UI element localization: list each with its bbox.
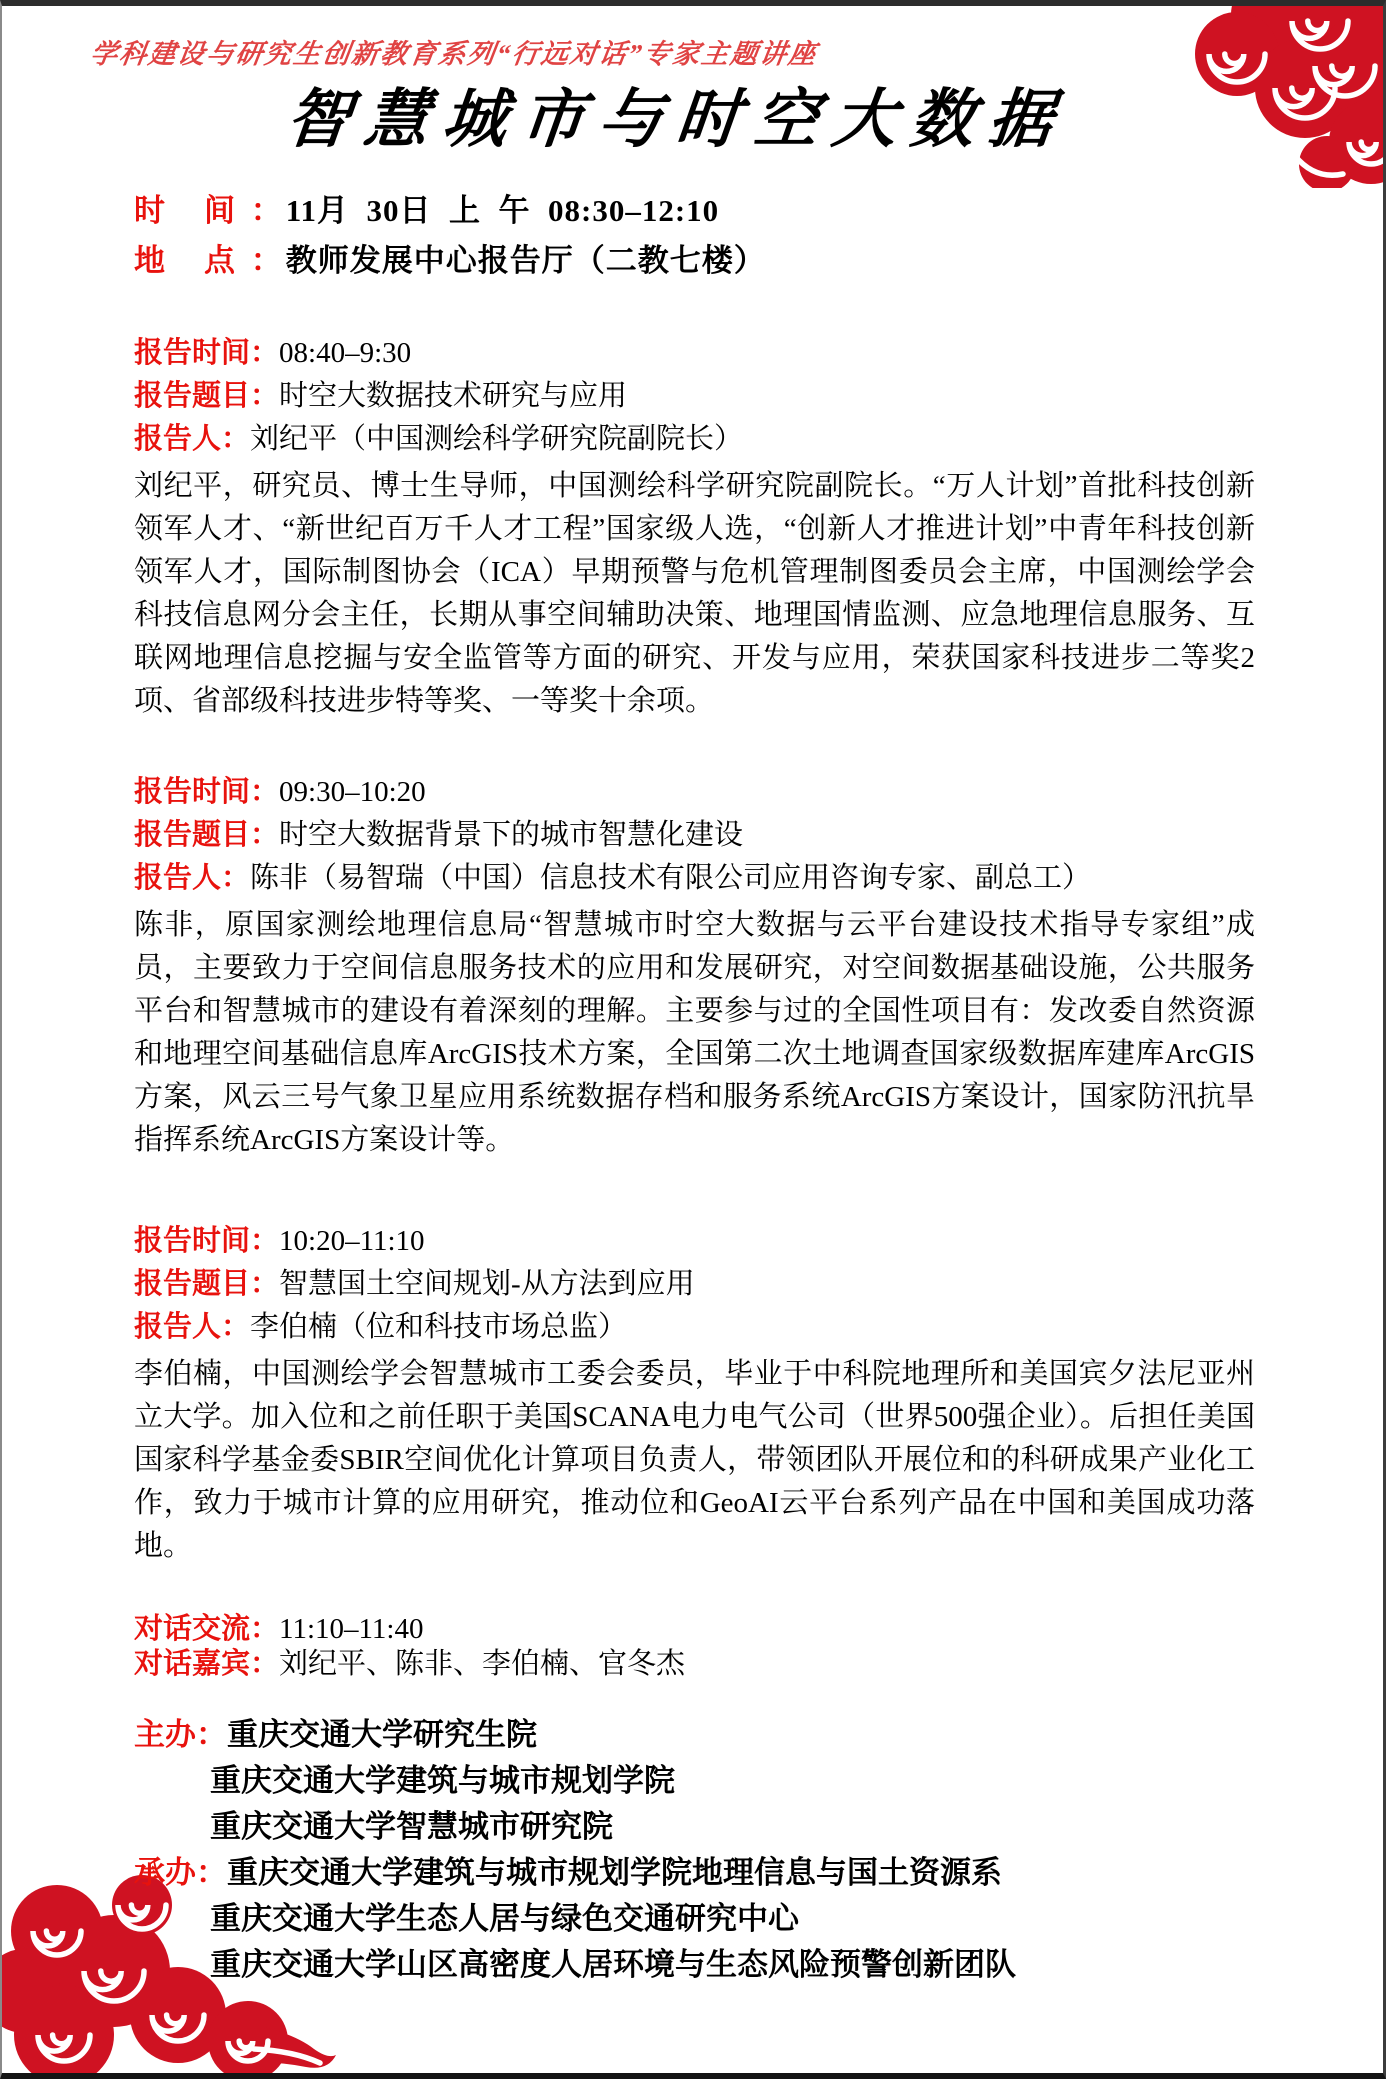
- talk-title-label: 报告题目：: [134, 819, 279, 851]
- talk-time-row: 报告时间：08:40–9:30: [134, 332, 1255, 375]
- dialogue-time-label: 对话交流：: [134, 1613, 279, 1645]
- event-info: 时 间 ：11月 30日 上 午 08:30–12:10 地 点 ：教师发展中心…: [134, 186, 1255, 286]
- host-name: 重庆交通大学智慧城市研究院: [210, 1809, 613, 1844]
- talk-section-2: 报告时间：09:30–10:20 报告题目：时空大数据背景下的城市智慧化建设 报…: [134, 771, 1255, 1162]
- talk-title-label: 报告题目：: [134, 380, 279, 412]
- undertaker-name: 重庆交通大学建筑与城市规划学院地理信息与国土资源系: [227, 1855, 1002, 1890]
- event-venue-row: 地 点 ：教师发展中心报告厅（二教七楼）: [134, 236, 1255, 286]
- dialogue-guests-label: 对话嘉宾：: [134, 1648, 279, 1680]
- undertaker-row: 重庆交通大学生态人居与绿色交通研究中心: [134, 1896, 1255, 1942]
- talk-speaker-value: 刘纪平（中国测绘科学研究院副院长）: [250, 423, 743, 455]
- undertaker-row: 承办：重庆交通大学建筑与城市规划学院地理信息与国土资源系: [134, 1850, 1255, 1896]
- talk-speaker-label: 报告人：: [134, 423, 250, 455]
- event-venue-value: 教师发展中心报告厅（二教七楼）: [286, 243, 766, 278]
- talk-speaker-row: 报告人：陈非（易智瑞（中国）信息技术有限公司应用咨询专家、副总工）: [134, 857, 1255, 900]
- talk-title-row: 报告题目：时空大数据背景下的城市智慧化建设: [134, 814, 1255, 857]
- dialogue-guests-value: 刘纪平、陈非、李伯楠、官冬杰: [279, 1648, 685, 1680]
- host-row: 主办：重庆交通大学研究生院: [134, 1712, 1255, 1758]
- talk-section-1: 报告时间：08:40–9:30 报告题目：时空大数据技术研究与应用 报告人：刘纪…: [134, 332, 1255, 723]
- host-name: 重庆交通大学研究生院: [227, 1717, 537, 1752]
- talk-time-label: 报告时间：: [134, 776, 279, 808]
- talk-speaker-label: 报告人：: [134, 862, 250, 894]
- talk-time-label: 报告时间：: [134, 1225, 279, 1257]
- undertaker-name: 重庆交通大学生态人居与绿色交通研究中心: [210, 1901, 799, 1936]
- talk-time-value: 08:40–9:30: [279, 337, 411, 369]
- lecture-poster: 学科建设与研究生创新教育系列“行远对话”专家主题讲座 智慧城市与时空大数据 时 …: [0, 0, 1386, 2079]
- talk-speaker-label: 报告人：: [134, 1311, 250, 1343]
- event-venue-label: 地 点 ：: [134, 243, 286, 278]
- undertaker-row: 重庆交通大学山区高密度人居环境与生态风险预警创新团队: [134, 1942, 1255, 1988]
- talk-time-row: 报告时间：09:30–10:20: [134, 771, 1255, 814]
- talk-speaker-value: 李伯楠（位和科技市场总监）: [250, 1311, 627, 1343]
- event-time-row: 时 间 ：11月 30日 上 午 08:30–12:10: [134, 186, 1255, 236]
- dialogue-time-row: 对话交流：11:10–11:40: [134, 1612, 1255, 1647]
- series-title: 学科建设与研究生创新教育系列“行远对话”专家主题讲座: [88, 36, 1260, 72]
- dialogue-section: 对话交流：11:10–11:40 对话嘉宾：刘纪平、陈非、李伯楠、官冬杰: [134, 1612, 1255, 1682]
- talk-speaker-value: 陈非（易智瑞（中国）信息技术有限公司应用咨询专家、副总工）: [250, 862, 1091, 894]
- dialogue-time-value: 11:10–11:40: [279, 1613, 423, 1645]
- organizers-section: 主办：重庆交通大学研究生院 重庆交通大学建筑与城市规划学院 重庆交通大学智慧城市…: [134, 1712, 1255, 1988]
- host-label: 主办：: [134, 1712, 227, 1758]
- undertaker-label: 承办：: [134, 1850, 227, 1896]
- speaker-bio: 陈非，原国家测绘地理信息局“智慧城市时空大数据与云平台建设技术指导专家组”成员，…: [134, 904, 1255, 1162]
- talk-title-value: 时空大数据技术研究与应用: [279, 380, 627, 412]
- talk-speaker-row: 报告人：刘纪平（中国测绘科学研究院副院长）: [134, 418, 1255, 461]
- talk-time-value: 10:20–11:10: [279, 1225, 425, 1257]
- talk-title-row: 报告题目：智慧国土空间规划-从方法到应用: [134, 1263, 1255, 1306]
- talk-title-value: 智慧国土空间规划-从方法到应用: [279, 1268, 695, 1300]
- host-row: 重庆交通大学建筑与城市规划学院: [134, 1758, 1255, 1804]
- dialogue-guests-row: 对话嘉宾：刘纪平、陈非、李伯楠、官冬杰: [134, 1647, 1255, 1682]
- talk-title-value: 时空大数据背景下的城市智慧化建设: [279, 819, 743, 851]
- speaker-bio: 李伯楠，中国测绘学会智慧城市工委会委员，毕业于中科院地理所和美国宾夕法尼亚州立大…: [134, 1353, 1255, 1568]
- speaker-bio: 刘纪平，研究员、博士生导师，中国测绘科学研究院副院长。“万人计划”首批科技创新领…: [134, 465, 1255, 723]
- talk-time-row: 报告时间：10:20–11:10: [134, 1220, 1255, 1263]
- host-name: 重庆交通大学建筑与城市规划学院: [210, 1763, 675, 1798]
- talk-title-label: 报告题目：: [134, 1268, 279, 1300]
- page-title: 智慧城市与时空大数据: [112, 78, 1242, 162]
- event-time-label: 时 间 ：: [134, 193, 286, 228]
- event-time-value: 11月 30日 上 午 08:30–12:10: [286, 193, 719, 228]
- host-row: 重庆交通大学智慧城市研究院: [134, 1804, 1255, 1850]
- talk-title-row: 报告题目：时空大数据技术研究与应用: [134, 375, 1255, 418]
- talk-time-value: 09:30–10:20: [279, 776, 426, 808]
- talk-time-label: 报告时间：: [134, 337, 279, 369]
- talk-section-3: 报告时间：10:20–11:10 报告题目：智慧国土空间规划-从方法到应用 报告…: [134, 1220, 1255, 1568]
- poster-content: 学科建设与研究生创新教育系列“行远对话”专家主题讲座 智慧城市与时空大数据 时 …: [2, 36, 1383, 1988]
- undertaker-name: 重庆交通大学山区高密度人居环境与生态风险预警创新团队: [210, 1947, 1016, 1982]
- talk-speaker-row: 报告人：李伯楠（位和科技市场总监）: [134, 1306, 1255, 1349]
